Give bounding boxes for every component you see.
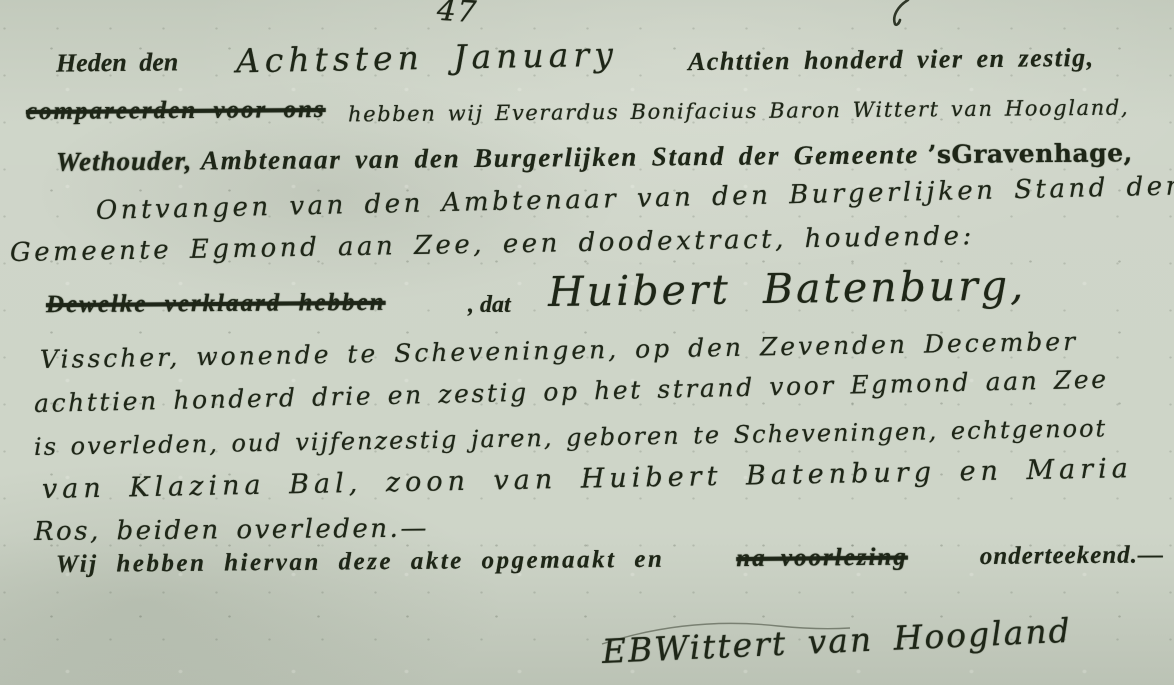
struck-dewelke-verklaard-hebben: Dewelke verklaard hebben [46, 289, 386, 319]
handwritten-line7: Visscher, wonende te Scheveningen, op de… [40, 327, 1079, 374]
form-line1-year: Achttien honderd vier en zestig, [688, 43, 1095, 77]
handwritten-line11: Ros, beiden overleden.— [34, 514, 429, 547]
form-line12-onderteekend: onderteekend.— [980, 541, 1164, 571]
handwritten-line8: achttien honderd drie en zestig op het s… [34, 365, 1109, 418]
handwritten-line4: Ontvangen van den Ambtenaar van den Burg… [96, 171, 1174, 226]
form-line12-opgemaakt: Wij hebben hiervan deze akte opgemaakt e… [56, 546, 665, 579]
handwritten-line9: is overleden, oud vijfenzestig jaren, ge… [34, 414, 1108, 461]
handwritten-date: Achtsten January [236, 35, 618, 81]
form-line3: Wethouder, Ambtenaar van den Burgerlijke… [56, 137, 1133, 177]
pen-stroke-mark [884, 0, 914, 28]
handwritten-line5: Gemeente Egmond aan Zee, een doodextract… [10, 221, 975, 268]
scanned-death-extract-document: 47 Heden den Achtsten January Achttien h… [0, 0, 1174, 685]
handwritten-deceased-name: Huibert Batenburg, [548, 261, 1027, 316]
form-line12: Wij hebben hiervan deze akte opgemaakt e… [56, 541, 1164, 579]
form-line3-wethouder: Wethouder, [56, 146, 193, 177]
struck-compareerden-voor-ons: compareerden voor ons [26, 96, 326, 126]
form-line6-dat: , dat [468, 292, 511, 319]
struck-na-voorlezing: na voorlezing [736, 544, 908, 573]
act-number: 47 [436, 0, 479, 30]
handwritten-official-name: hebben wij Everardus Bonifacius Baron Wi… [348, 96, 1129, 127]
handwritten-line10: van Klazina Bal, zoon van Huibert Batenb… [42, 453, 1133, 505]
form-line1-heden-den: Heden den [56, 47, 179, 78]
form-line3-ambtenaar-text: Ambtenaar van den Burgerlijken Stand der… [201, 139, 919, 175]
form-line3-gravenhage: ’sGravenhage, [928, 138, 1133, 169]
